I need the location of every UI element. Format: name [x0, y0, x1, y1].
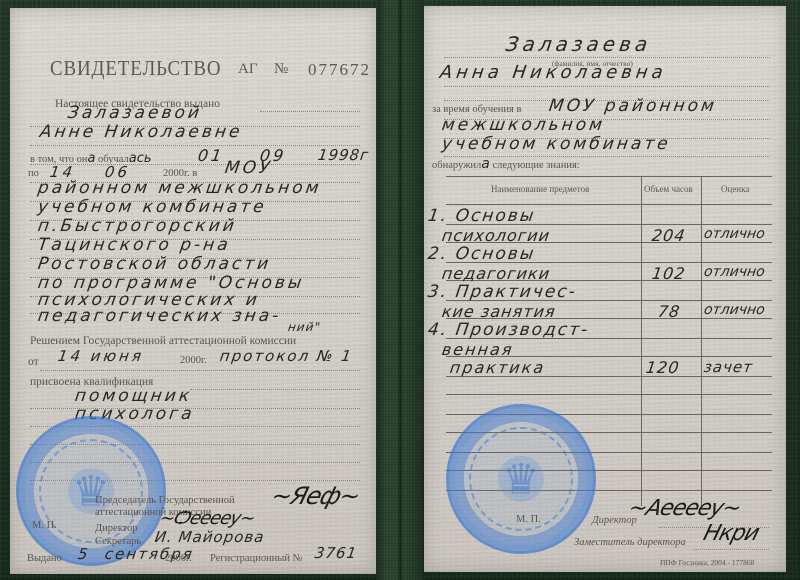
- student-name: Анна Николаевна: [439, 62, 669, 83]
- row-subject-continued: практика: [449, 358, 547, 377]
- dotted-line: [444, 86, 770, 87]
- row-index: 2.: [427, 244, 450, 264]
- binding-spine: [377, 0, 423, 580]
- printer-imprint: ППФ Госзнака, 2004 - 177868: [660, 558, 754, 567]
- commission-year: 2000г.: [180, 355, 207, 366]
- recipient-name: Анне Николаевне: [39, 122, 244, 142]
- dotted-line: [40, 370, 360, 371]
- stamp-place-label: М. П.: [516, 514, 541, 525]
- found-label-part: следующие знания:: [492, 160, 579, 171]
- institution-line-2: районном межшкольном: [37, 178, 323, 198]
- year-suffix: г: [359, 146, 370, 164]
- registration-label: Регистрационный №: [210, 553, 303, 564]
- header-grade: Оценка: [721, 184, 749, 194]
- training-institution-line-1: МОУ районном: [548, 96, 719, 116]
- issued-label: Выдано: [27, 553, 62, 564]
- stamp-place-label: М. П.: [32, 520, 57, 531]
- official-stamp: ♛: [446, 404, 596, 554]
- institution-line-4: п.Быстрогорский: [37, 216, 239, 236]
- row-subject: Практичес-: [454, 282, 578, 302]
- commission-label: Решением Государственной аттестационной …: [30, 335, 296, 347]
- table-rule: [446, 394, 772, 395]
- protocol-number: протокол № 1: [219, 347, 354, 365]
- row-index: 4.: [427, 320, 450, 340]
- issued-year-value: 2006: [165, 553, 186, 564]
- table-column-divider: [641, 176, 642, 506]
- row-hours: 78: [657, 302, 682, 321]
- row-subject-continued: венная: [441, 340, 515, 359]
- row-grade: отлично: [703, 302, 766, 318]
- secretary-signature: И. Майорова: [154, 528, 266, 546]
- to-label: по: [28, 168, 39, 179]
- header-subjects: Наименование предметов: [491, 184, 589, 194]
- found-label-part: обнаружил: [432, 160, 481, 171]
- row-index: 1.: [427, 206, 450, 226]
- registration-number: 3761: [314, 544, 359, 562]
- issued-year-suffix: г.: [186, 553, 192, 564]
- training-institution-line-3: учебном комбинате: [441, 134, 673, 154]
- table-row: 1. Основы: [427, 206, 537, 226]
- table-rule: [446, 204, 772, 205]
- gender-suffix: а: [481, 156, 490, 172]
- institution-line-9: педагогических зна-: [37, 306, 283, 326]
- dotted-line: [694, 549, 769, 550]
- table-column-divider: [701, 176, 702, 506]
- row-hours: 102: [651, 264, 687, 283]
- header-hours: Объем часов: [644, 184, 693, 194]
- row-index: 3.: [427, 282, 450, 302]
- row-subject: Основы: [454, 244, 536, 264]
- commission-year-printed: 2000: [180, 355, 201, 366]
- official-stamp: ♛: [16, 416, 166, 566]
- table-row: 2. Основы: [427, 244, 537, 264]
- from-year: 1998г: [317, 146, 371, 164]
- number-sign: №: [274, 61, 288, 78]
- row-grade: зачет: [703, 358, 755, 376]
- deputy-director-signature: Нкри: [701, 521, 762, 546]
- qualification-line-1: помощник: [74, 386, 194, 406]
- certificate-number: 077672: [308, 60, 371, 80]
- table-row: 4. Производст-: [427, 320, 591, 340]
- right-page: Залазаева (фамилия, имя, отчество) Анна …: [424, 6, 786, 572]
- institution-line-5: Тацинского р-на: [37, 235, 233, 255]
- commission-year-suffix: г.: [201, 355, 207, 366]
- row-subject-continued: кие занятия: [441, 302, 557, 321]
- dotted-line: [190, 389, 360, 390]
- institution-line-1: МОУ: [224, 158, 274, 178]
- director-signature: ~Aeeeey~: [626, 496, 744, 521]
- training-institution-line-2: межшкольном: [441, 115, 607, 135]
- student-surname: Залазаева: [504, 32, 653, 56]
- deputy-director-label: Заместитель директора: [574, 537, 686, 548]
- commission-date: 14 июня: [57, 347, 146, 365]
- row-grade: отлично: [703, 226, 766, 242]
- dotted-line: [260, 111, 360, 112]
- commission-day: 14: [57, 347, 85, 365]
- row-hours: 204: [651, 226, 687, 245]
- row-subject: Производст-: [454, 320, 590, 340]
- found-label: обнаружила следующие знания:: [432, 156, 580, 172]
- row-grade: отлично: [703, 264, 766, 280]
- institution-line-10: ний": [287, 320, 322, 334]
- training-label: за время обучения в: [432, 104, 521, 115]
- commission-from-label: от: [28, 356, 39, 368]
- commission-month: июня: [90, 347, 146, 365]
- from-day: 01: [197, 146, 226, 165]
- recipient-surname: Залазаевой: [67, 103, 204, 123]
- director-signature: ~Ѻeeeey~: [157, 508, 257, 529]
- from-year-value: 1998: [317, 146, 362, 164]
- institution-line-6: Ростовской области: [37, 254, 273, 274]
- issued-year: 2006г.: [165, 553, 192, 564]
- row-subject: Основы: [454, 206, 536, 226]
- row-subject-continued: педагогики: [441, 264, 552, 283]
- row-subject-continued: психологии: [441, 226, 552, 245]
- chairman-label-1: Председатель Государственной: [95, 495, 235, 506]
- table-row: 3. Практичес-: [427, 282, 579, 302]
- table-rule: [446, 176, 772, 177]
- dotted-line: [30, 164, 360, 165]
- row-hours: 120: [645, 358, 681, 377]
- left-page: СВИДЕТЕЛЬСТВО АГ № 077672 Настоящее свид…: [10, 8, 376, 574]
- dotted-line: [444, 57, 770, 58]
- dotted-line: [30, 145, 360, 146]
- coat-of-arms-icon: ♛: [502, 455, 540, 504]
- certificate-title: СВИДЕТЕЛЬСТВО: [50, 56, 221, 81]
- chairman-signature: ~Яeф~: [268, 482, 363, 510]
- director-label: Директор: [95, 523, 138, 534]
- institution-line-3: учебном комбинате: [37, 197, 269, 217]
- certificate-series: АГ: [238, 61, 258, 78]
- issued-day: 5: [77, 545, 92, 563]
